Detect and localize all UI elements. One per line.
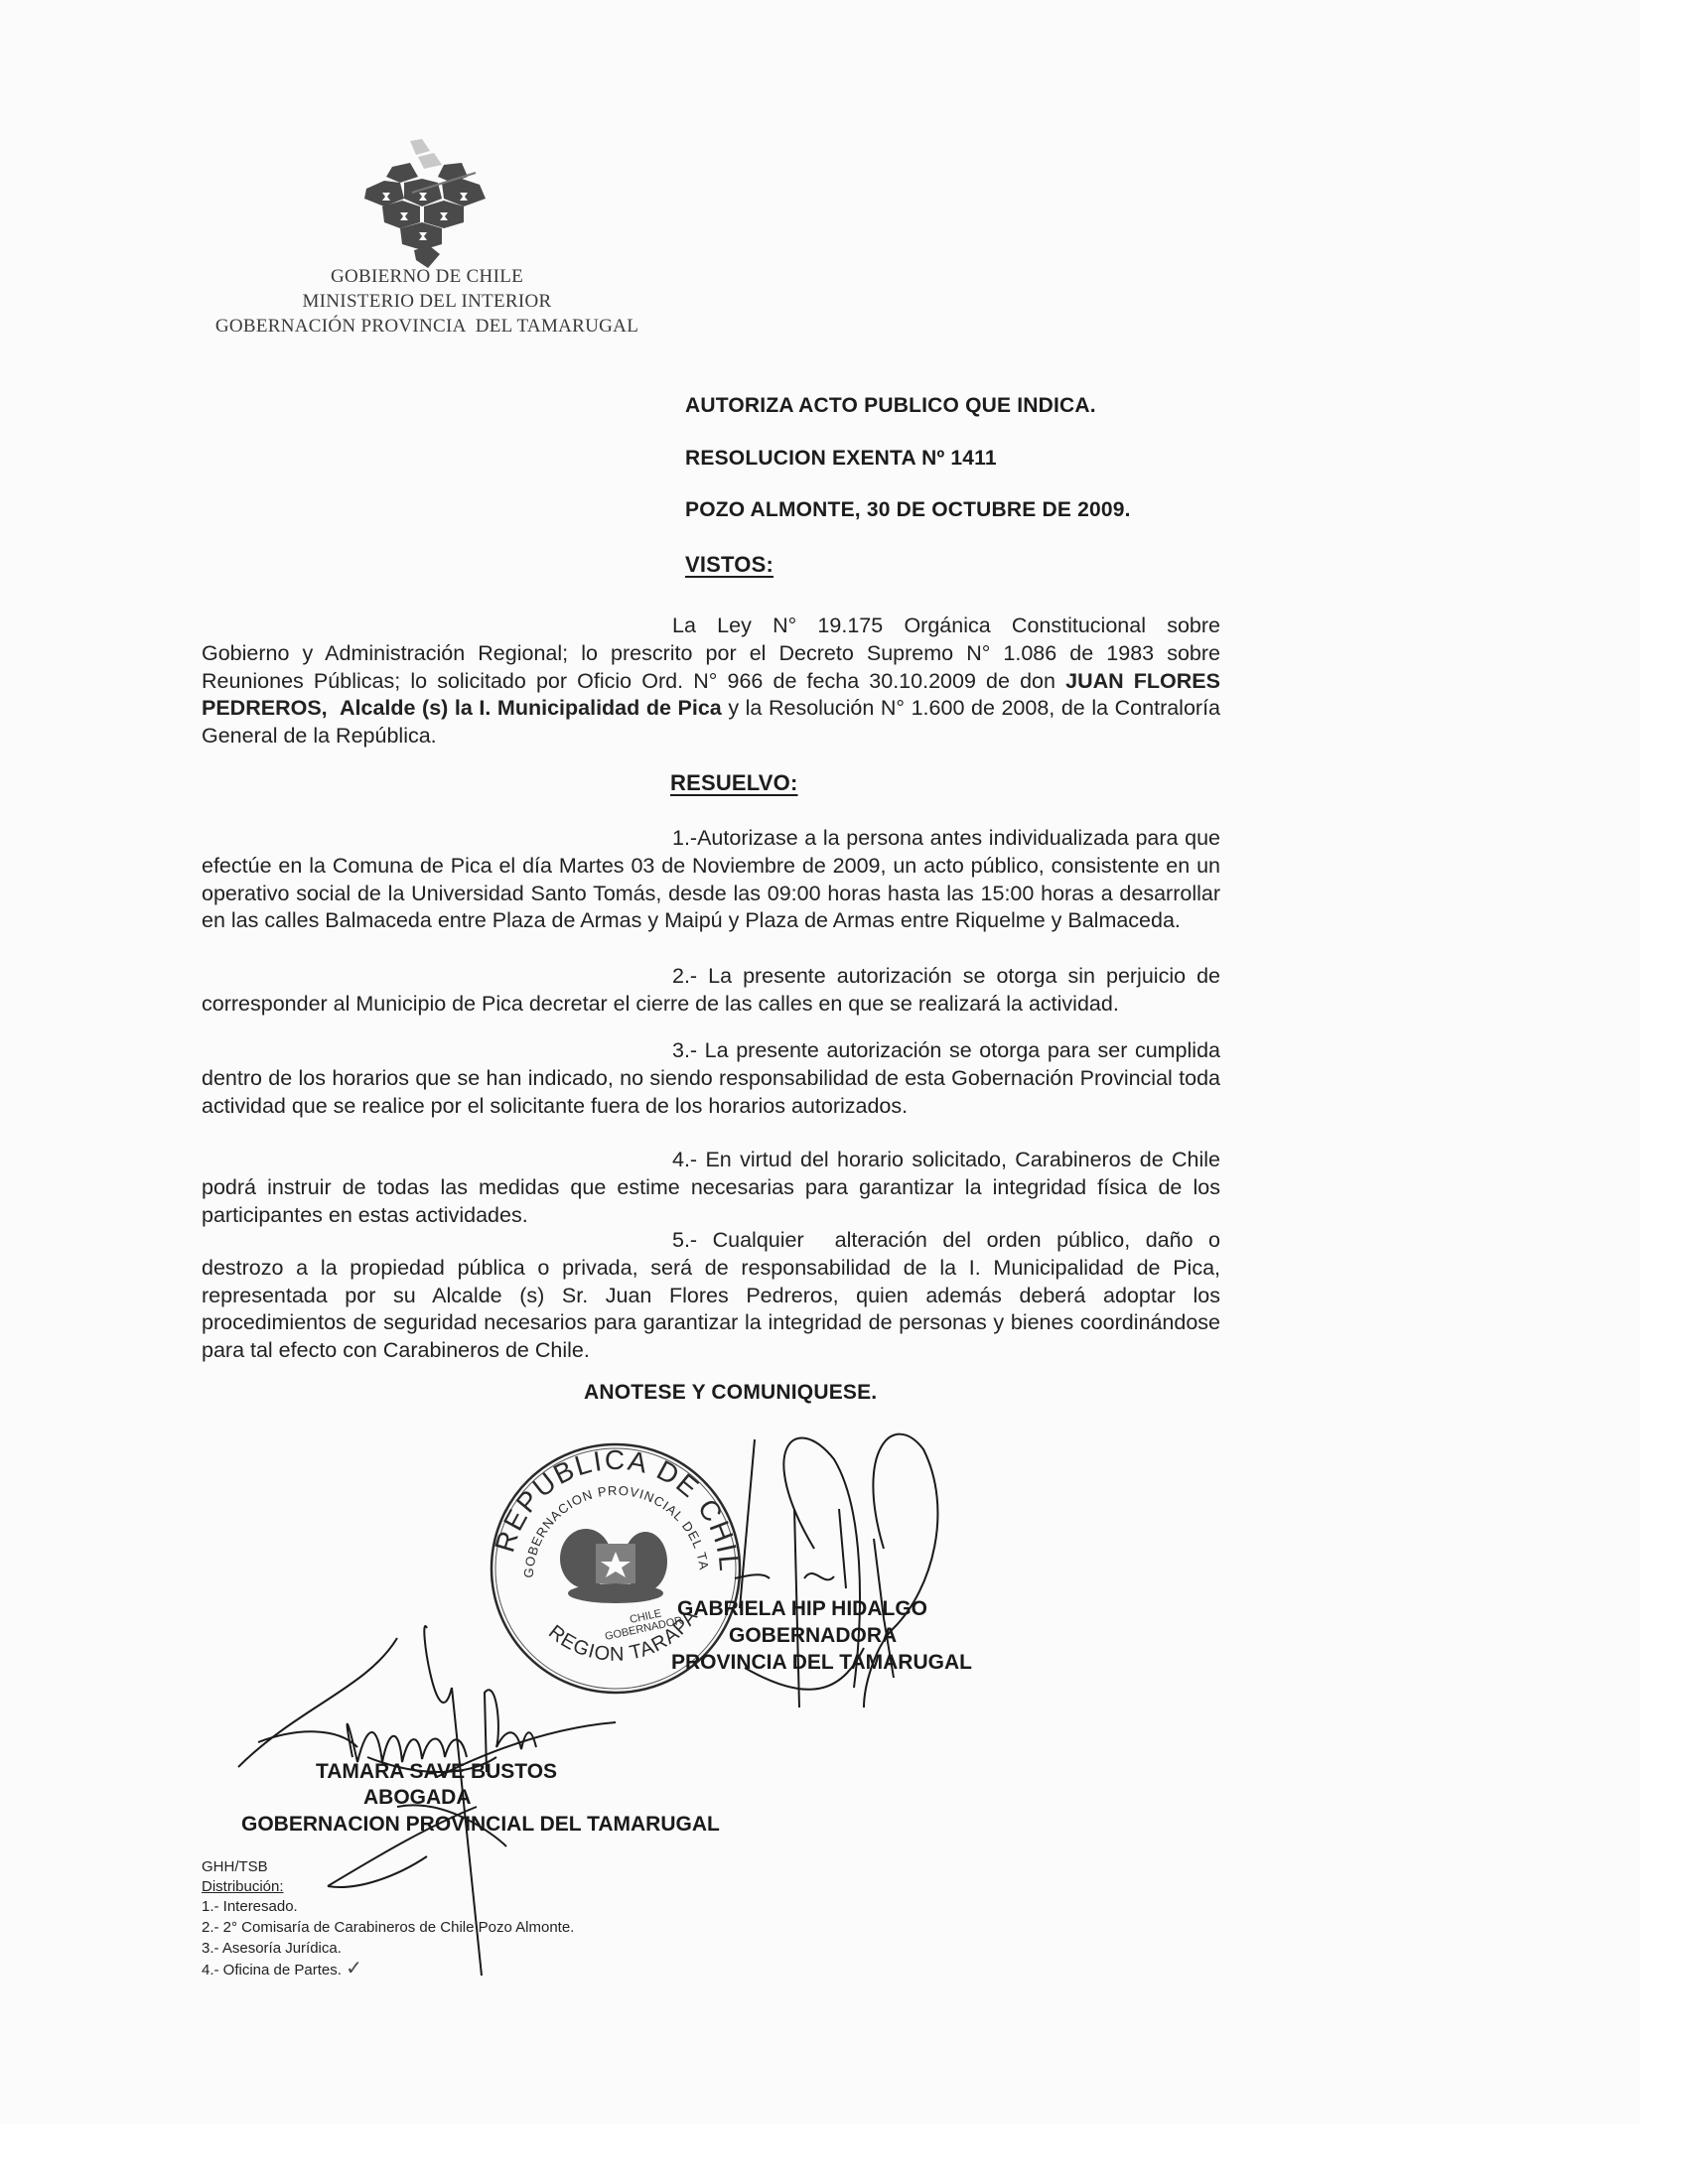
signatory-1-office: PROVINCIA DEL TAMARUGAL (671, 1651, 972, 1675)
vistos-paragraph: La Ley N° 19.175 Orgánica Constitucional… (202, 613, 1220, 751)
signatory-1-name: GABRIELA HIP HIDALGO (677, 1597, 927, 1621)
resuelvo-item-1: 1.-Autorizase a la persona antes individ… (202, 825, 1220, 935)
signatory-1-title: GOBERNADORA (729, 1624, 897, 1648)
reference-initials: GHH/TSB (202, 1856, 268, 1877)
place-and-date: POZO ALMONTE, 30 DE OCTUBRE DE 2009. (685, 498, 1131, 522)
resuelvo-heading: RESUELVO: (670, 770, 798, 796)
resuelvo-item-3: 3.- La presente autorización se otorga p… (202, 1037, 1220, 1120)
distribution-item: 2.- 2° Comisaría de Carabineros de Chile… (202, 1917, 574, 1938)
vistos-heading: VISTOS: (685, 552, 774, 578)
resolution-number: RESOLUCION EXENTA Nº 1411 (685, 447, 997, 471)
resuelvo-item-4: 4.- En virtud del horario solicitado, Ca… (202, 1147, 1220, 1229)
resuelvo-item-text: 3.- La presente autorización se otorga p… (202, 1037, 1220, 1120)
distribution-item: 1.- Interesado. (202, 1896, 298, 1917)
distribution-item-text: 4.- Oficina de Partes. (202, 1962, 342, 1979)
distribution-item: 4.- Oficina de Partes. ✓ (202, 1959, 362, 1980)
resuelvo-item-2: 2.- La presente autorización se otorga s… (202, 963, 1220, 1019)
resuelvo-item-text: 4.- En virtud del horario solicitado, Ca… (202, 1147, 1220, 1229)
resuelvo-item-text: 5.- Cualquier alteración del orden públi… (202, 1227, 1220, 1365)
checkmark-icon: ✓ (346, 1958, 362, 1979)
document-subject: AUTORIZA ACTO PUBLICO QUE INDICA. (685, 394, 1096, 418)
resuelvo-item-text: 1.-Autorizase a la persona antes individ… (202, 825, 1220, 935)
distribution-item: 3.- Asesoría Jurídica. (202, 1938, 342, 1959)
closing-formula: ANOTESE Y COMUNIQUESE. (584, 1381, 877, 1405)
letterhead-line-office: GOBERNACIÓN PROVINCIA DEL TAMARUGAL (179, 316, 675, 338)
signatory-2-name: TAMARA SAVE BUSTOS (316, 1760, 557, 1784)
resuelvo-item-text: 2.- La presente autorización se otorga s… (202, 963, 1220, 1019)
letterhead-line-government: GOBIERNO DE CHILE (179, 266, 675, 288)
resuelvo-item-5: 5.- Cualquier alteración del orden públi… (202, 1227, 1220, 1365)
letterhead-line-ministry: MINISTERIO DEL INTERIOR (179, 291, 675, 313)
signatory-2-office: GOBERNACION PROVINCIAL DEL TAMARUGAL (241, 1813, 720, 1837)
chile-government-logo-icon (352, 137, 501, 271)
distribution-label: Distribución: (202, 1876, 284, 1897)
signatory-2-title: ABOGADA (363, 1786, 472, 1810)
